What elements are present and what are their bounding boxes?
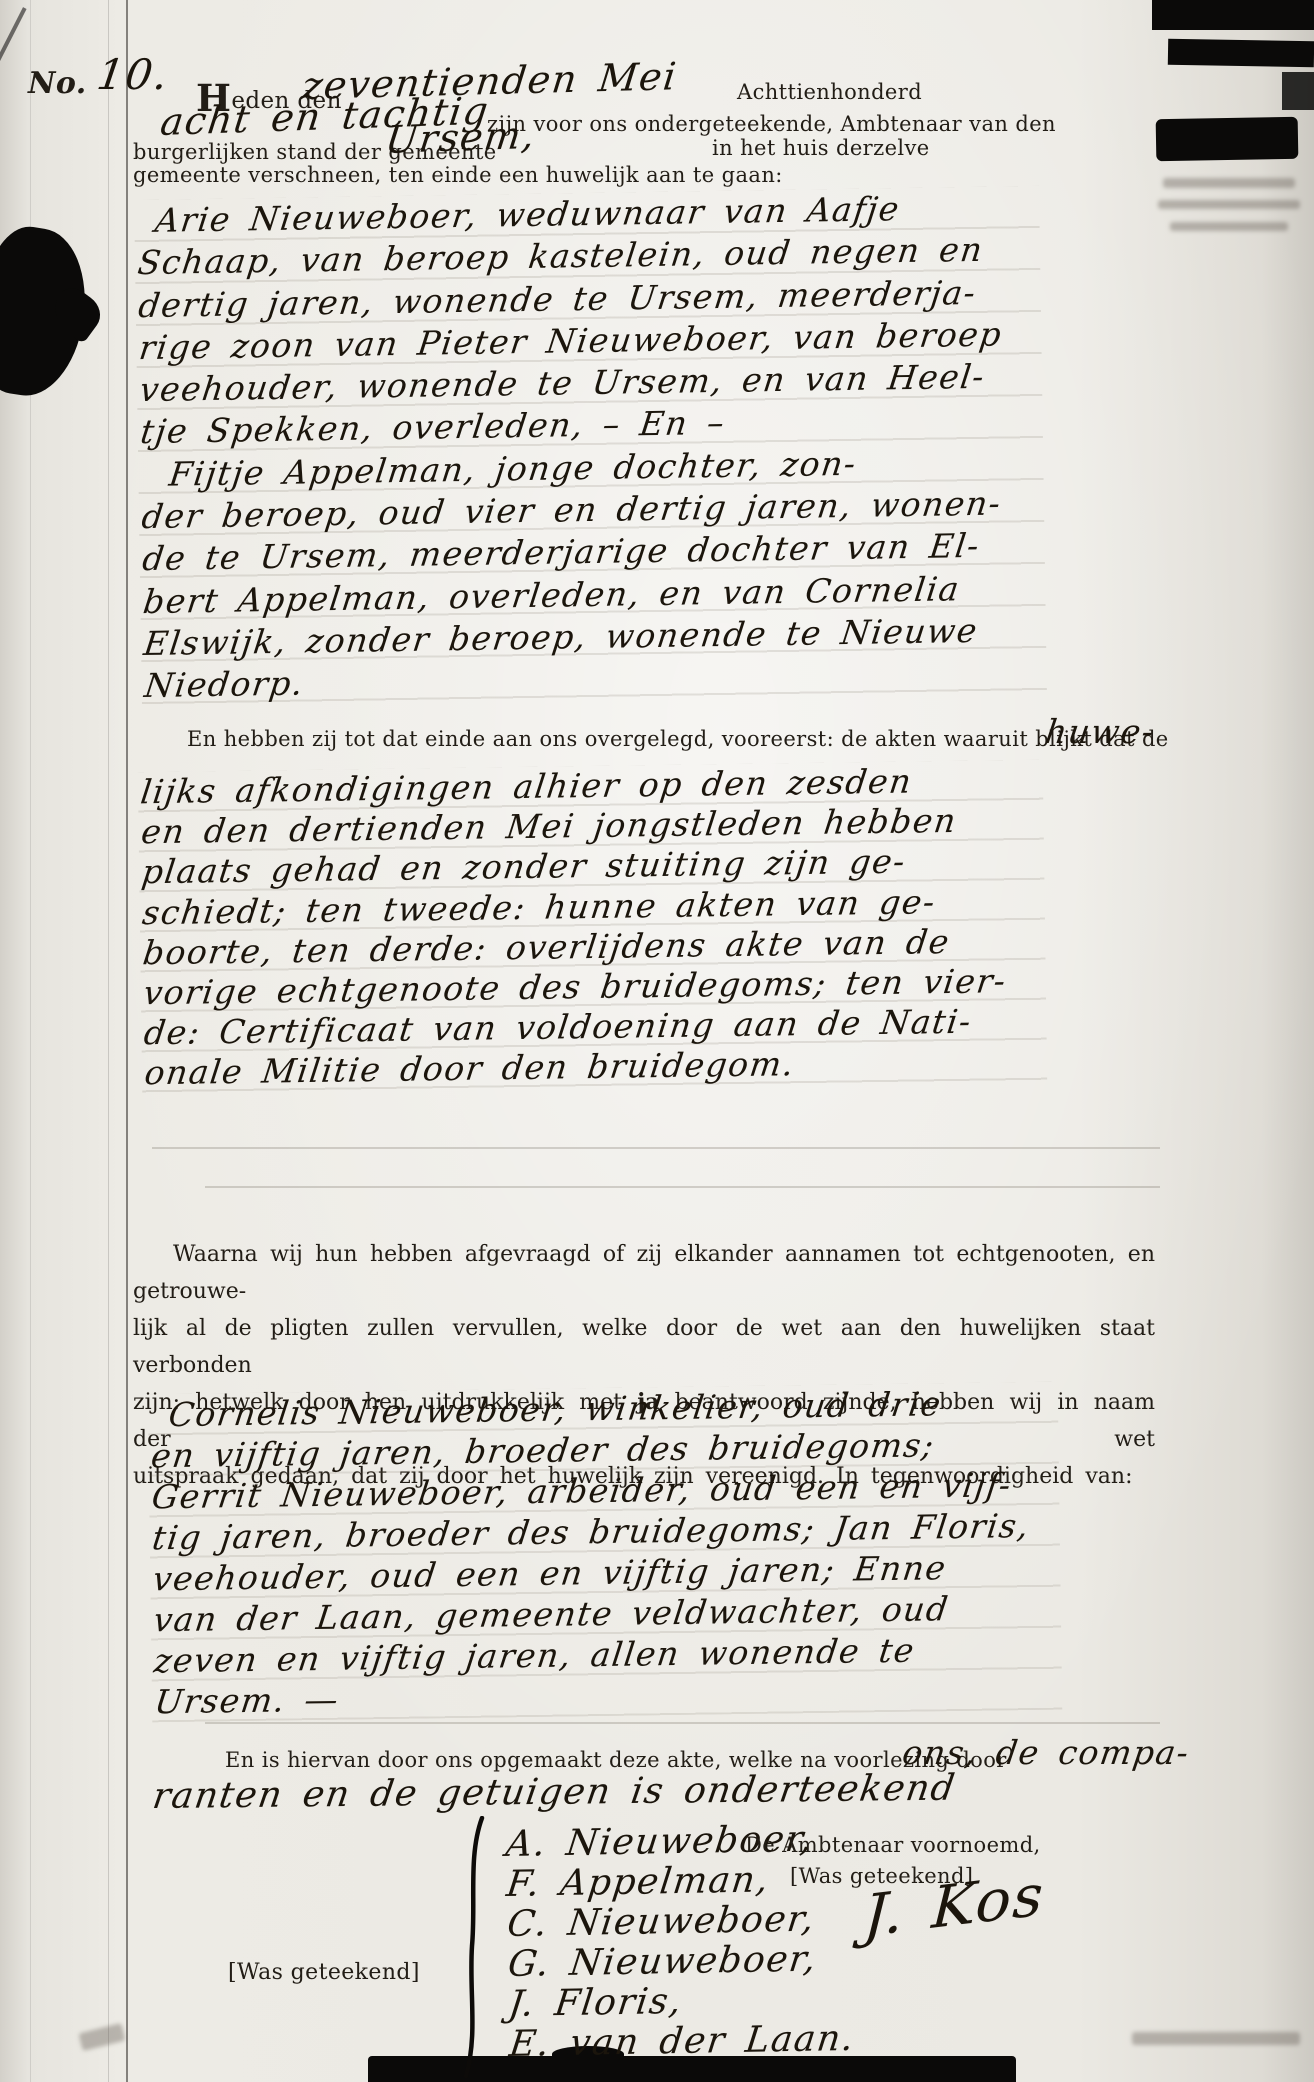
signature-brace	[458, 1816, 492, 2078]
bleedthrough-text-ghost	[1132, 2032, 1300, 2045]
bleedthrough-text-ghost	[1158, 200, 1300, 209]
hw-documents-block: lijks afkondigingen alhier op den zesden…	[138, 760, 1047, 1094]
printed-year-word: Achttienhonderd	[737, 80, 922, 104]
printed-officiant-line: zijn voor ons ondergeteekende, Ambtenaar…	[487, 112, 1056, 136]
scan-smudge	[78, 2023, 125, 2051]
printed-documents-intro: En hebben zij tot dat einde aan ons over…	[187, 727, 1169, 751]
printed-house-line: in het huis derzelve	[712, 136, 930, 160]
scan-edge-mark	[1282, 72, 1314, 110]
blank-rule	[152, 1147, 1160, 1149]
blank-rule	[205, 1722, 1160, 1724]
act-number-label: No.	[28, 66, 87, 101]
hw-parties-block: Arie Nieuweboer, weduwnaar van Aafje Sch…	[134, 186, 1047, 708]
scan-edge-bar	[1152, 0, 1314, 30]
hw-closing-continuation: ons, de compa-	[900, 1733, 1192, 1772]
bleedthrough-text-ghost	[1170, 222, 1288, 231]
signature-name: E. van der Laan.	[507, 2019, 857, 2065]
act-number: 10.	[94, 50, 172, 99]
was-signed-left-label: [Was geteekend]	[228, 1960, 420, 1985]
printed-purpose-line: gemeente verschneen, ten einde een huwel…	[133, 163, 783, 187]
hw-documents-intro-continuation: huwe-	[1043, 712, 1157, 751]
scan-scratch	[0, 7, 27, 75]
hw-municipality: Ursem,	[383, 113, 538, 162]
margin-rule-faint	[108, 0, 109, 2082]
vows-line: lijk al de pligten zullen vervullen, wel…	[133, 1310, 1155, 1384]
blank-rule	[205, 1186, 1160, 1188]
official-title: De Ambtenaar voornoemd,	[745, 1833, 1041, 1857]
scan-edge-bar	[1168, 39, 1314, 68]
vows-line: Waarna wij hun hebben afgevraagd of zij …	[133, 1236, 1155, 1310]
scanned-marriage-certificate: No. 10. Heden den zeventienden Mei Achtt…	[0, 0, 1314, 2082]
bleedthrough-text-ghost	[1163, 178, 1295, 188]
scan-edge-bar	[1156, 117, 1299, 161]
signature-name: G. Nieuweboer,	[506, 1939, 856, 1985]
hw-closing-line2: ranten en de getuigen is onderteekend	[150, 1768, 959, 1817]
margin-rule	[126, 0, 128, 2082]
hw-witnesses-block: Cornelis Nieuweboer, winkelier, oud drie…	[148, 1382, 1062, 1723]
